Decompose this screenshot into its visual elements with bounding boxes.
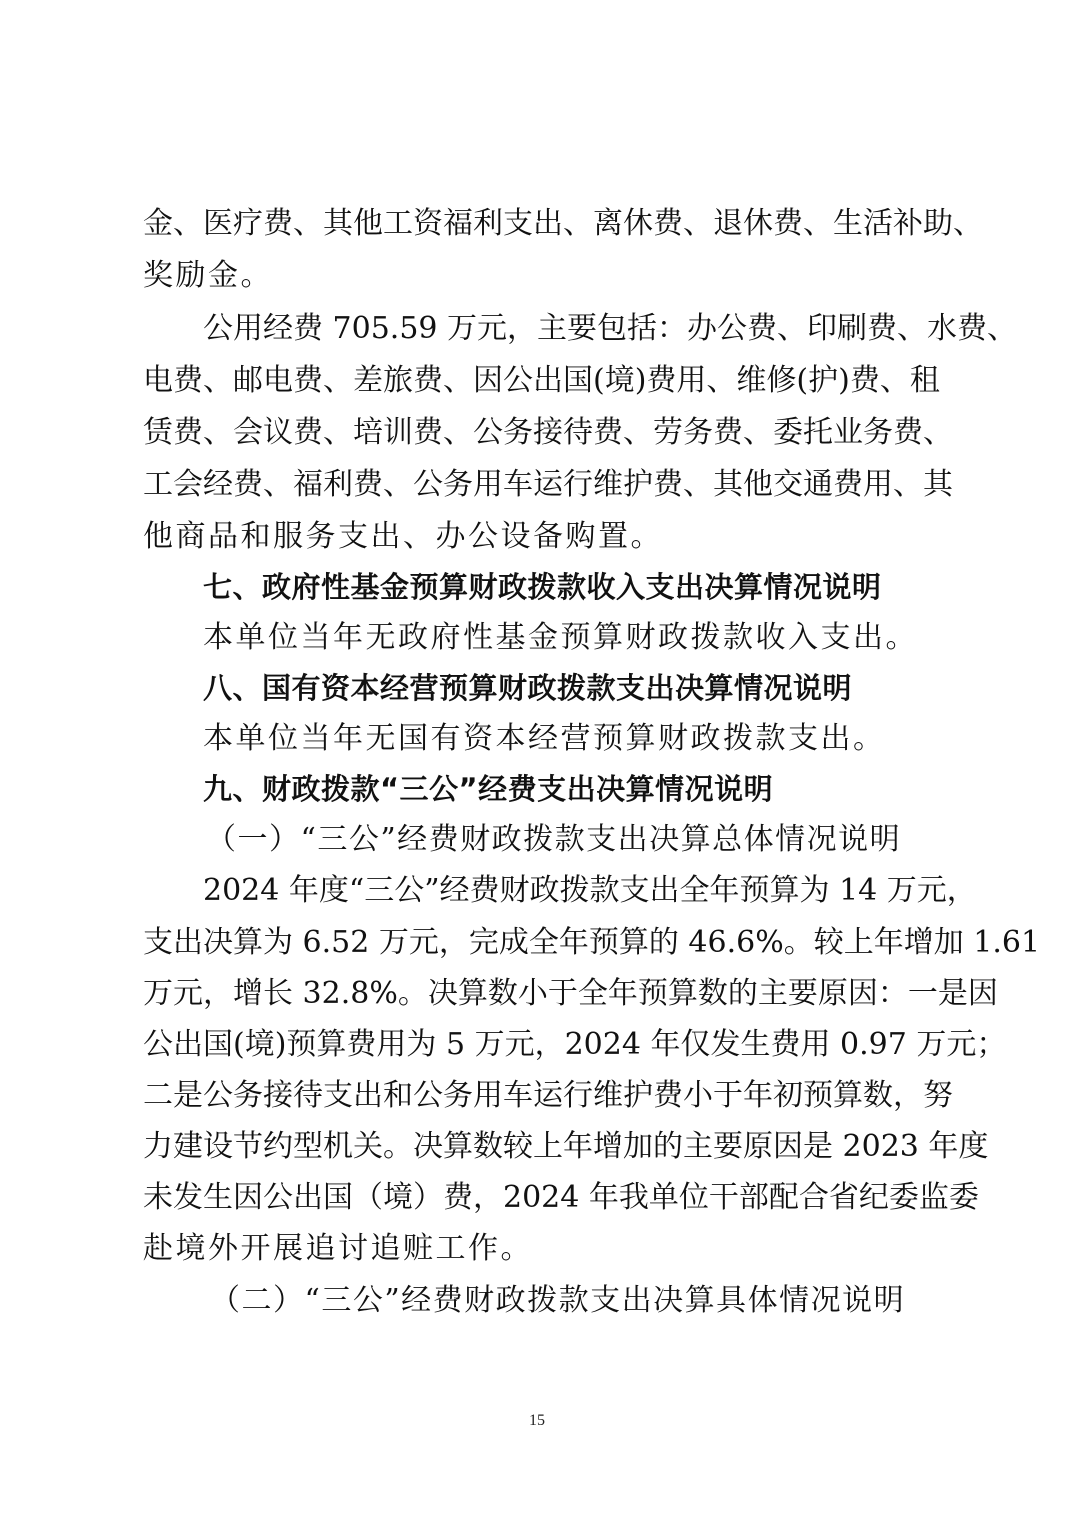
subsection-heading-2: （二）“三公”经费财政拨款支出决算具体情况说明 <box>210 1283 1000 1319</box>
section-heading-9: 九、财政拨款“三公”经费支出决算情况说明 <box>203 771 933 807</box>
paragraph-line: 赁费、会议费、培训费、公务接待费、劳务费、委托业务费、 <box>143 415 933 451</box>
paragraph-line: 他商品和服务支出、办公设备购置。 <box>143 519 933 555</box>
document-page: 金、医疗费、其他工资福利支出、离休费、退休费、生活补助、 奖励金。 公用经费 7… <box>0 0 1074 1520</box>
page-number: 15 <box>0 1412 1074 1430</box>
paragraph-line: 赴境外开展追讨追赃工作。 <box>143 1231 933 1267</box>
paragraph-line: 公用经费 705.59 万元，主要包括：办公费、印刷费、水费、 <box>203 311 933 347</box>
section-body-7: 本单位当年无政府性基金预算财政拨款收入支出。 <box>203 620 933 656</box>
subsection-heading-1: （一）“三公”经费财政拨款支出决算总体情况说明 <box>206 822 996 858</box>
paragraph-line: 公出国(境)预算费用为 5 万元，2024 年仅发生费用 0.97 万元； <box>143 1027 933 1063</box>
paragraph-line: 力建设节约型机关。决算数较上年增加的主要原因是 2023 年度 <box>143 1129 933 1165</box>
section-heading-7: 七、政府性基金预算财政拨款收入支出决算情况说明 <box>203 569 933 605</box>
paragraph-line: 电费、邮电费、差旅费、因公出国(境)费用、维修(护)费、租 <box>143 363 933 399</box>
paragraph-line: 未发生因公出国（境）费，2024 年我单位干部配合省纪委监委 <box>143 1180 933 1216</box>
paragraph-line: 二是公务接待支出和公务用车运行维护费小于年初预算数，努 <box>143 1078 933 1114</box>
section-body-8: 本单位当年无国有资本经营预算财政拨款支出。 <box>203 721 933 757</box>
paragraph-line: 2024 年度“三公”经费财政拨款支出全年预算为 14 万元， <box>203 873 933 909</box>
paragraph-line: 金、医疗费、其他工资福利支出、离休费、退休费、生活补助、 <box>143 206 933 242</box>
section-heading-8: 八、国有资本经营预算财政拨款支出决算情况说明 <box>203 670 933 706</box>
paragraph-line: 工会经费、福利费、公务用车运行维护费、其他交通费用、其 <box>143 467 933 503</box>
paragraph-line: 万元，增长 32.8%。决算数小于全年预算数的主要原因：一是因 <box>143 976 933 1012</box>
paragraph-line: 支出决算为 6.52 万元，完成全年预算的 46.6%。较上年增加 1.61 <box>143 925 933 961</box>
paragraph-line: 奖励金。 <box>143 258 933 294</box>
